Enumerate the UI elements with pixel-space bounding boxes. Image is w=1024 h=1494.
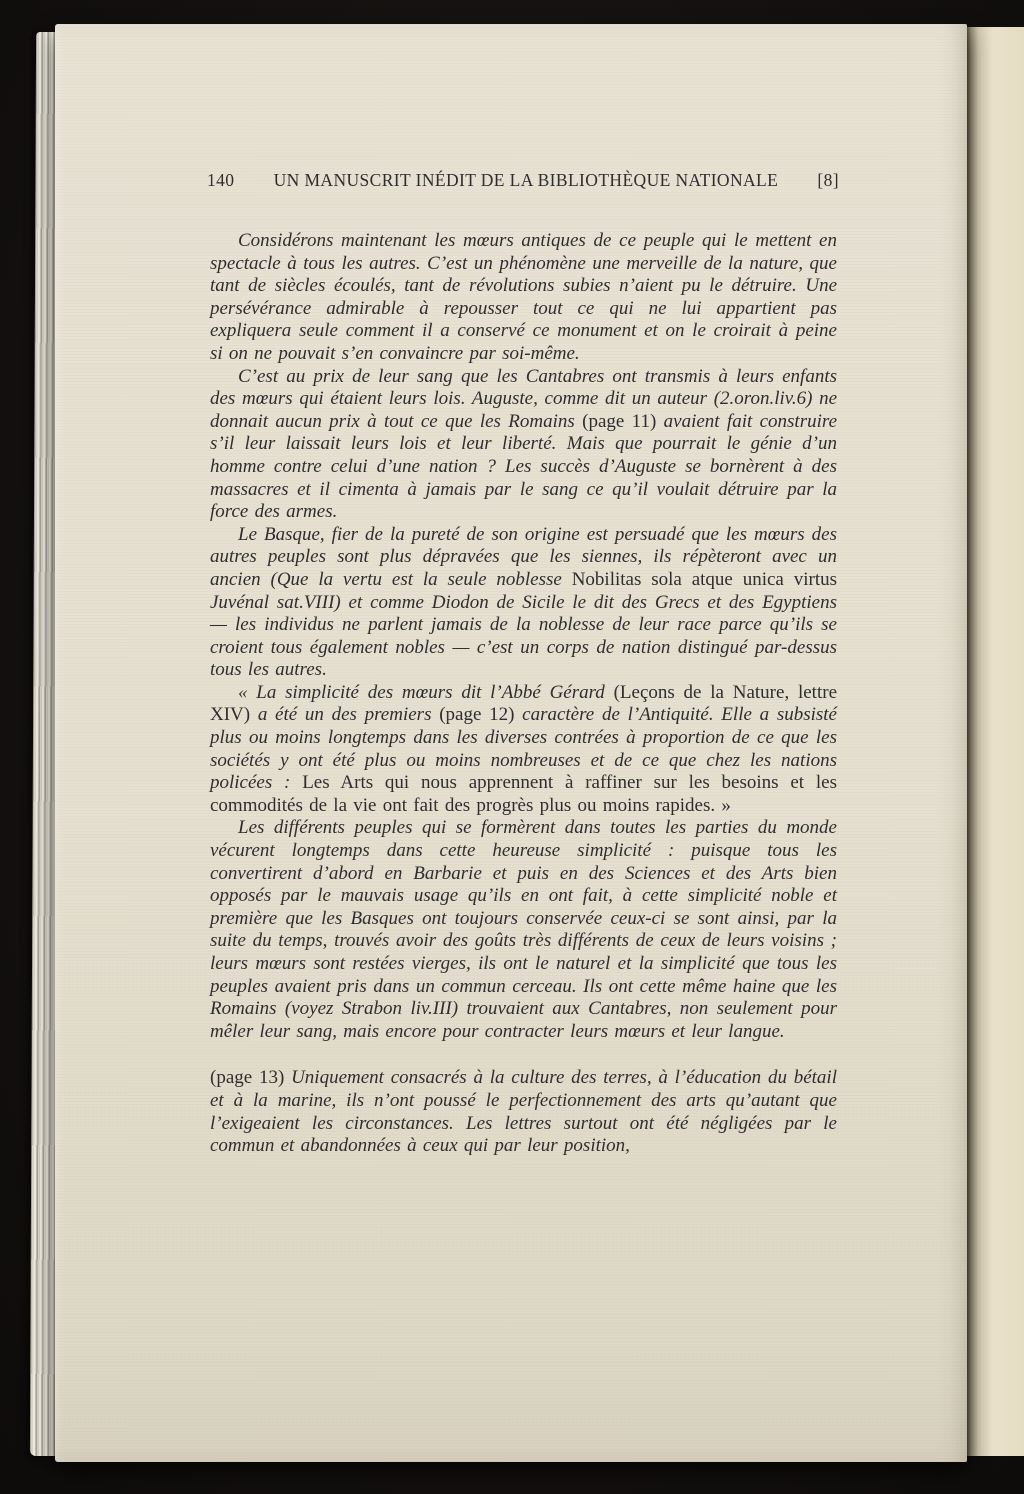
text-run: Considérons maintenant les mœurs antique… xyxy=(210,230,837,364)
text-run: « La simplicité des mœurs dit l’Abbé Gér… xyxy=(238,682,614,703)
running-header: 140 UN MANUSCRIT INÉDIT DE LA BIBLIOTHÈQ… xyxy=(207,170,839,191)
text-run: Uniquement consacrés à la culture des te… xyxy=(210,1067,837,1156)
text-run: Les Arts qui nous apprennent à raffiner … xyxy=(210,772,837,816)
paragraph-5: Les différents peuples qui se formèrent … xyxy=(210,817,837,1043)
text-run: a été un des premiers xyxy=(258,704,439,725)
text-run: Juvénal sat.VIII) et comme Diodon de Sic… xyxy=(210,592,837,681)
text-run: (page 13) xyxy=(210,1067,291,1088)
text-run: (page 11) xyxy=(582,411,656,432)
paragraph-4: « La simplicité des mœurs dit l’Abbé Gér… xyxy=(210,682,837,818)
page-number: 140 xyxy=(207,170,234,191)
paragraph-2: C’est au prix de leur sang que les Canta… xyxy=(210,366,837,524)
paragraph-6: (page 13) Uniquement consacrés à la cult… xyxy=(210,1067,837,1157)
scanned-book-photo: 140 UN MANUSCRIT INÉDIT DE LA BIBLIOTHÈQ… xyxy=(0,0,1024,1494)
paragraph-3: Le Basque, fier de la pureté de son orig… xyxy=(210,524,837,682)
paragraph-1: Considérons maintenant les mœurs antique… xyxy=(210,230,837,366)
text-run: (page 12) xyxy=(439,704,522,725)
folio-bracket: [8] xyxy=(817,170,839,191)
book-page: 140 UN MANUSCRIT INÉDIT DE LA BIBLIOTHÈQ… xyxy=(55,24,967,1462)
text-run: Les différents peuples qui se formèrent … xyxy=(210,817,837,1041)
text-run: Nobilitas sola atque unica virtus xyxy=(572,569,837,590)
text-block: Considérons maintenant les mœurs antique… xyxy=(210,230,837,1158)
facing-page-edge xyxy=(967,27,1024,1456)
chapter-title: UN MANUSCRIT INÉDIT DE LA BIBLIOTHÈQUE N… xyxy=(274,170,779,191)
